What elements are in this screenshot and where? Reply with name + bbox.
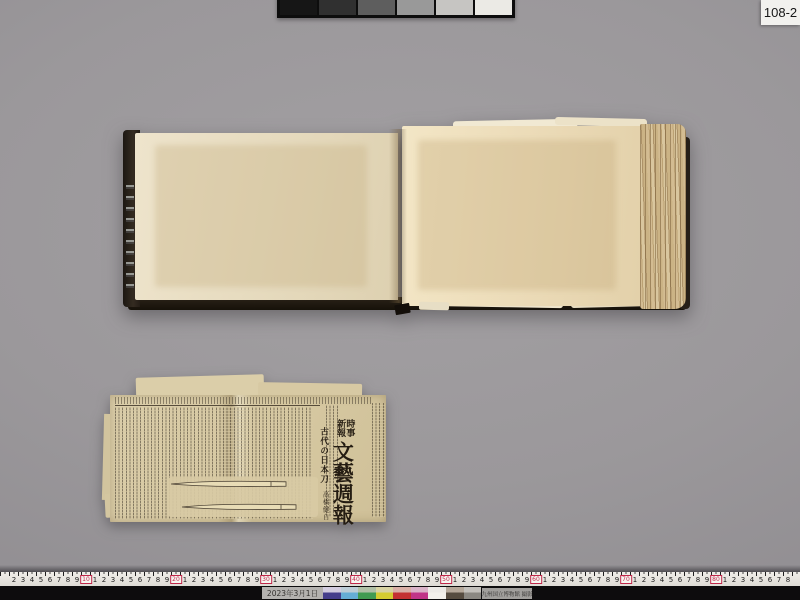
table-edge-shadow xyxy=(0,565,800,572)
ruler-mark: 1 xyxy=(453,576,457,585)
photography-stage: 108-2 xyxy=(0,0,800,600)
clipping-header-microtext xyxy=(115,397,371,404)
ruler-mark: 6 xyxy=(678,576,682,585)
ruler-mark: 3 xyxy=(471,576,475,585)
ruler-mark: 4 xyxy=(300,576,304,585)
ruler-mark: 3 xyxy=(381,576,385,585)
ruler-mark: 4 xyxy=(750,576,754,585)
ruler-mark: 3 xyxy=(651,576,655,585)
ruler-mark: 7 xyxy=(417,576,421,585)
museum-credit-text: 九州国立博物館 撮影 xyxy=(481,590,532,598)
color-patch xyxy=(464,587,482,599)
ruler-mark: 7 xyxy=(237,576,241,585)
ruler-mark: 7 xyxy=(147,576,151,585)
ruler-mark: 5 xyxy=(399,576,403,585)
spine-stitching xyxy=(126,185,134,295)
ruler-mark: 7 xyxy=(507,576,511,585)
ruler-mark: 7 xyxy=(327,576,331,585)
grayscale-patch xyxy=(475,0,512,15)
ruler-ten-mark: 70 xyxy=(620,575,632,584)
clipping-text-columns xyxy=(372,403,385,517)
ruler-mark: 8 xyxy=(426,576,430,585)
measuring-tape-ruler: 2345678910123456789201234567893012345678… xyxy=(0,572,800,586)
ruler-mark: 5 xyxy=(489,576,493,585)
sword-illustration xyxy=(168,477,318,517)
ruler-mark: 7 xyxy=(57,576,61,585)
page-stain xyxy=(418,140,616,290)
color-patch xyxy=(341,587,359,599)
ruler-mark: 3 xyxy=(291,576,295,585)
album-page-stack-fore-edge xyxy=(640,124,686,309)
grayscale-patch xyxy=(319,0,356,15)
ruler-mark: 6 xyxy=(408,576,412,585)
page-stain xyxy=(155,145,367,287)
ruler-mark: 4 xyxy=(660,576,664,585)
ruler-mark: 5 xyxy=(309,576,313,585)
ruler-mark: 2 xyxy=(462,576,466,585)
clipping-body: 時事新報 文藝週報 古代の日本刀 高橋健自 xyxy=(110,395,386,522)
ruler-mark: 3 xyxy=(111,576,115,585)
clipping-byline: 高橋健自 xyxy=(322,491,329,521)
ruler-mark: 3 xyxy=(741,576,745,585)
ruler-mark: 5 xyxy=(759,576,763,585)
ruler-mark: 8 xyxy=(336,576,340,585)
ruler-mark: 9 xyxy=(705,576,709,585)
ruler-mark: 4 xyxy=(390,576,394,585)
ruler-mark: 9 xyxy=(75,576,79,585)
ruler-mark: 3 xyxy=(21,576,25,585)
ruler-ten-mark: 20 xyxy=(170,575,182,584)
ruler-ten-mark: 50 xyxy=(440,575,452,584)
ruler-mark: 5 xyxy=(669,576,673,585)
ruler-mark: 2 xyxy=(192,576,196,585)
grayscale-patch xyxy=(436,0,473,15)
ruler-mark: 6 xyxy=(588,576,592,585)
ruler-ten-mark: 80 xyxy=(710,575,722,584)
ruler-mark: 9 xyxy=(525,576,529,585)
ruler-mark: 8 xyxy=(606,576,610,585)
ruler-mark: 6 xyxy=(138,576,142,585)
ruler-mark: 5 xyxy=(129,576,133,585)
ruler-mark: 5 xyxy=(39,576,43,585)
ruler-mark: 1 xyxy=(543,576,547,585)
ruler-mark: 9 xyxy=(615,576,619,585)
ruler-mark: 4 xyxy=(480,576,484,585)
newspaper-clipping: 時事新報 文藝週報 古代の日本刀 高橋健自 xyxy=(108,374,388,522)
color-patch xyxy=(393,587,411,599)
clipping-title: 文藝週報 xyxy=(332,441,353,537)
grayscale-patch xyxy=(397,0,434,15)
color-patch xyxy=(323,587,341,599)
ruler-mark: 2 xyxy=(732,576,736,585)
ruler-mark: 2 xyxy=(12,576,16,585)
ruler-mark: 2 xyxy=(102,576,106,585)
ruler-mark: 1 xyxy=(183,576,187,585)
ruler-mark: 7 xyxy=(597,576,601,585)
album-gutter-shadow xyxy=(389,129,407,303)
ruler-mark: 9 xyxy=(435,576,439,585)
color-patch xyxy=(428,587,446,599)
ruler-mark: 2 xyxy=(282,576,286,585)
clipping-rule-line xyxy=(115,405,320,406)
ruler-ten-mark: 30 xyxy=(260,575,272,584)
color-patch xyxy=(411,587,429,599)
color-patch xyxy=(446,587,464,599)
ruler-mark: 6 xyxy=(228,576,232,585)
ruler-mark: 5 xyxy=(219,576,223,585)
ruler-mark: 7 xyxy=(687,576,691,585)
photo-album xyxy=(123,121,690,314)
grayscale-patch xyxy=(358,0,395,15)
museum-credit-label: 九州国立博物館 撮影 xyxy=(482,588,532,599)
ruler-ten-mark: 10 xyxy=(80,575,92,584)
ruler-ten-mark: 40 xyxy=(350,575,362,584)
binding-ribbon xyxy=(394,303,411,315)
ruler-mark: 8 xyxy=(696,576,700,585)
ruler-mark: 4 xyxy=(570,576,574,585)
ruler-mark: 6 xyxy=(498,576,502,585)
color-patch xyxy=(376,587,394,599)
ruler-mark: 2 xyxy=(642,576,646,585)
ruler-mark: 1 xyxy=(273,576,277,585)
shooting-date-label: 2023年3月1日 xyxy=(262,587,323,599)
ruler-mark: 8 xyxy=(66,576,70,585)
grayscale-patch xyxy=(280,0,317,15)
grayscale-calibration-bar xyxy=(277,0,515,18)
ruler-mark: 4 xyxy=(120,576,124,585)
clipping-headline: 古代の日本刀 xyxy=(319,427,328,491)
ruler-mark: 8 xyxy=(156,576,160,585)
ruler-mark: 3 xyxy=(201,576,205,585)
ruler-mark: 9 xyxy=(345,576,349,585)
ruler-mark: 9 xyxy=(255,576,259,585)
ruler-mark: 6 xyxy=(768,576,772,585)
ruler-mark: 3 xyxy=(561,576,565,585)
ruler-mark: 8 xyxy=(246,576,250,585)
clipping-masthead: 時事新報 xyxy=(335,419,353,443)
ruler-mark: 1 xyxy=(363,576,367,585)
footer-black-strip: 2023年3月1日 九州国立博物館 撮影 xyxy=(0,586,800,600)
album-left-page xyxy=(135,133,398,300)
ruler-mark: 6 xyxy=(48,576,52,585)
ruler-mark: 1 xyxy=(633,576,637,585)
color-calibration-bar xyxy=(323,587,481,599)
ruler-mark: 7 xyxy=(777,576,781,585)
ruler-mark: 5 xyxy=(579,576,583,585)
ruler-mark: 8 xyxy=(786,576,790,585)
ruler-mark: 8 xyxy=(516,576,520,585)
ruler-mark: 1 xyxy=(723,576,727,585)
ruler-mark: 2 xyxy=(372,576,376,585)
page-corner-tab xyxy=(419,302,449,311)
ruler-mark: 9 xyxy=(165,576,169,585)
ruler-mark: 6 xyxy=(318,576,322,585)
catalog-number-label: 108-2 xyxy=(761,0,800,25)
catalog-number-text: 108-2 xyxy=(764,5,797,20)
shooting-date-text: 2023年3月1日 xyxy=(267,588,318,599)
ruler-ten-mark: 60 xyxy=(530,575,542,584)
album-right-page xyxy=(402,126,649,306)
ruler-mark: 4 xyxy=(210,576,214,585)
color-patch xyxy=(358,587,376,599)
ruler-mark: 2 xyxy=(552,576,556,585)
ruler-mark: 4 xyxy=(30,576,34,585)
ruler-mark: 1 xyxy=(93,576,97,585)
